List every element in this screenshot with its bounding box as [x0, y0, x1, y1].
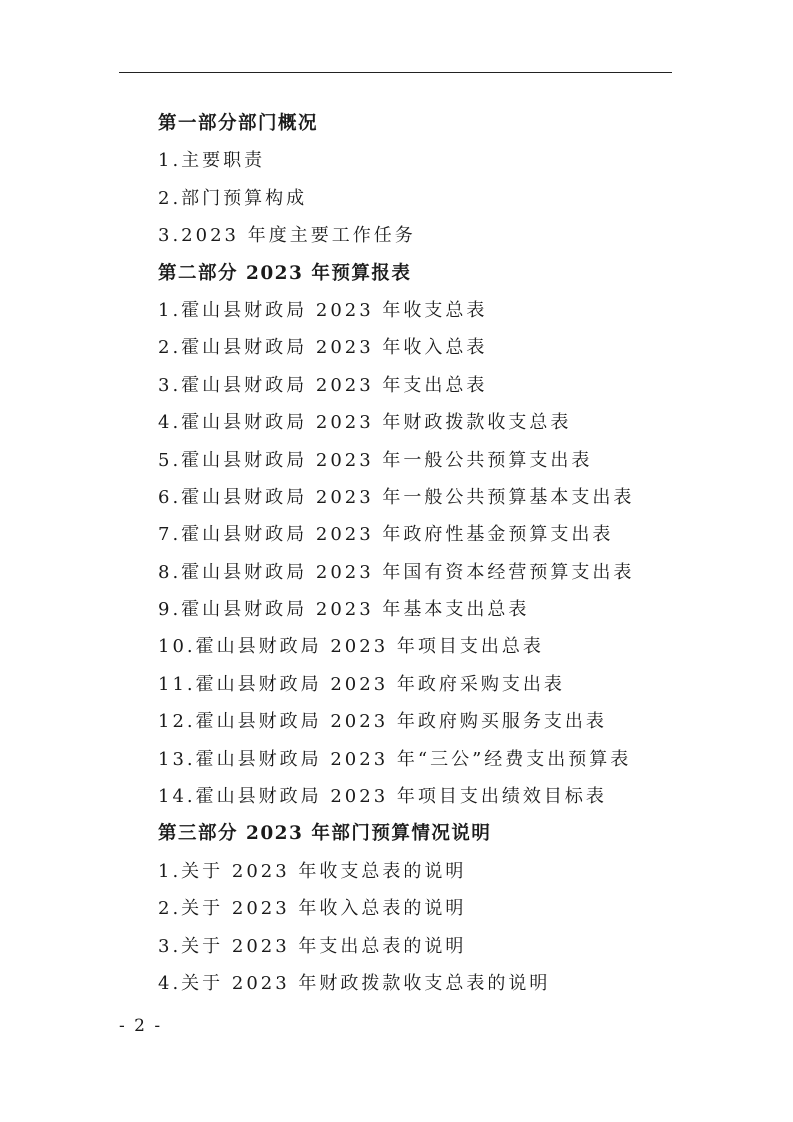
toc-item: 3.霍山县财政局 2023 年支出总表: [158, 367, 718, 404]
section-heading-part3: 第三部分 2023 年部门预算情况说明: [158, 815, 718, 852]
toc-item: 1.霍山县财政局 2023 年收支总表: [158, 292, 718, 329]
toc-item: 13.霍山县财政局 2023 年“三公”经费支出预算表: [158, 741, 718, 778]
toc-item: 1.主要职责: [158, 142, 718, 179]
toc-item: 5.霍山县财政局 2023 年一般公共预算支出表: [158, 442, 718, 479]
toc-item: 2.霍山县财政局 2023 年收入总表: [158, 329, 718, 366]
toc-item: 3.2023 年度主要工作任务: [158, 217, 718, 254]
section-heading-part1: 第一部分部门概况: [158, 105, 718, 142]
toc-item: 1.关于 2023 年收支总表的说明: [158, 853, 718, 890]
toc-item: 14.霍山县财政局 2023 年项目支出绩效目标表: [158, 778, 718, 815]
section-heading-part2: 第二部分 2023 年预算报表: [158, 255, 718, 292]
toc-item: 8.霍山县财政局 2023 年国有资本经营预算支出表: [158, 554, 718, 591]
toc-item: 3.关于 2023 年支出总表的说明: [158, 928, 718, 965]
toc-item: 12.霍山县财政局 2023 年政府购买服务支出表: [158, 703, 718, 740]
toc-item: 9.霍山县财政局 2023 年基本支出总表: [158, 591, 718, 628]
toc-item: 6.霍山县财政局 2023 年一般公共预算基本支出表: [158, 479, 718, 516]
toc-item: 4.关于 2023 年财政拨款收支总表的说明: [158, 965, 718, 1002]
toc-item: 2.部门预算构成: [158, 180, 718, 217]
toc-item: 7.霍山县财政局 2023 年政府性基金预算支出表: [158, 516, 718, 553]
header-rule: [119, 72, 672, 73]
toc-item: 4.霍山县财政局 2023 年财政拨款收支总表: [158, 404, 718, 441]
table-of-contents: 第一部分部门概况 1.主要职责 2.部门预算构成 3.2023 年度主要工作任务…: [158, 105, 718, 1002]
page-number: - 2 -: [119, 1016, 162, 1036]
toc-item: 11.霍山县财政局 2023 年政府采购支出表: [158, 666, 718, 703]
toc-item: 10.霍山县财政局 2023 年项目支出总表: [158, 628, 718, 665]
toc-item: 2.关于 2023 年收入总表的说明: [158, 890, 718, 927]
